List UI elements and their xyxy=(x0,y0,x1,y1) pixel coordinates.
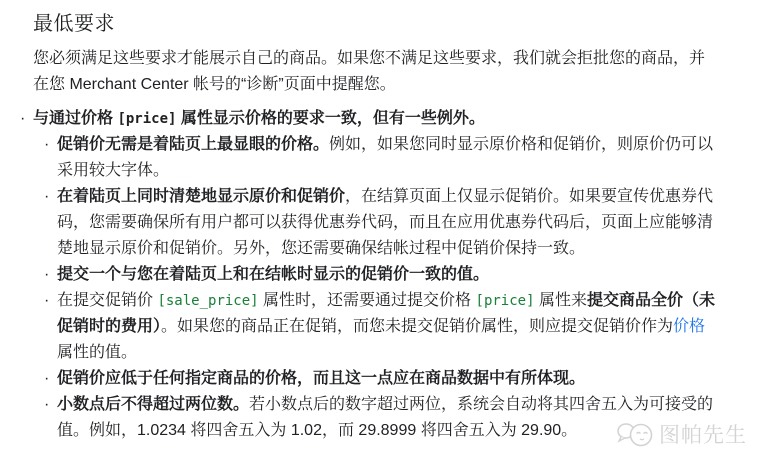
sub-requirements-list: · 促销价无需是着陆页上最显眼的价格。例如，如果您同时显示原价格和促销价，则原价… xyxy=(33,132,718,444)
sub-requirement-text: 在着陆页上同时清楚地显示原价和促销价，在结算页面上仅显示促销价。如果要宣传优惠券… xyxy=(57,188,713,257)
watermark: 图帕先生 xyxy=(616,419,747,449)
requirement-text: 与通过价格 [price] 属性显示价格的要求一致，但有一些例外。 xyxy=(33,110,485,127)
watermark-text: 图帕先生 xyxy=(659,419,747,449)
text-run-bold: 与通过价格 xyxy=(33,110,117,127)
sub-requirement-item: · 在提交促销价 [sale_price] 属性时，还需要通过提交价格 [pri… xyxy=(57,288,718,366)
sub-requirement-text: 提交一个与您在着陆页上和在结帐时显示的促销价一致的值。 xyxy=(57,266,489,283)
bullet-icon: · xyxy=(44,262,54,288)
text-run-normal: 属性时，还需要通过提交价格 xyxy=(259,292,476,309)
page-title: 最低要求 xyxy=(33,10,718,38)
text-run-normal: 属性来 xyxy=(535,292,587,309)
sub-requirement-item: · 促销价应低于任何指定商品的价格，而且这一点应在商品数据中有所体现。 xyxy=(57,366,718,392)
text-run-normal: 属性的值。 xyxy=(57,344,137,361)
sub-requirement-item: · 提交一个与您在着陆页上和在结帐时显示的促销价一致的值。 xyxy=(57,262,718,288)
bullet-icon: · xyxy=(44,392,54,418)
bullet-icon: · xyxy=(44,288,54,314)
text-run-normal: 在提交促销价 xyxy=(57,292,157,309)
text-run-bold: 提交一个与您在着陆页上和在结帐时显示的促销价一致的值。 xyxy=(57,266,489,283)
text-run-code: [sale_price] xyxy=(157,293,258,309)
text-run-codebold: [price] xyxy=(117,111,176,127)
bullet-icon: · xyxy=(44,184,54,210)
intro-paragraph: 您必须满足这些要求才能展示自己的商品。如果您不满足这些要求，我们就会拒批您的商品… xyxy=(33,46,718,98)
text-run-normal: 。如果您的商品正在促销，而您未提交促销价属性，则应提交促销价作为 xyxy=(161,318,673,335)
text-run-bold: 小数点后不得超过两位数。 xyxy=(57,396,249,413)
sub-requirement-text: 在提交促销价 [sale_price] 属性时，还需要通过提交价格 [price… xyxy=(57,292,715,361)
sub-requirement-text: 促销价应低于任何指定商品的价格，而且这一点应在商品数据中有所体现。 xyxy=(57,370,585,387)
text-run-bold: 在着陆页上同时清楚地显示原价和促销价 xyxy=(57,188,345,205)
sub-requirement-text: 小数点后不得超过两位数。若小数点后的数字超过两位，系统会自动将其四舍五入为可接受… xyxy=(57,396,713,439)
text-run-bold: 促销价无需是着陆页上最显眼的价格。 xyxy=(57,136,329,153)
bullet-icon: · xyxy=(44,366,54,392)
sub-requirement-item: · 在着陆页上同时清楚地显示原价和促销价，在结算页面上仅显示促销价。如果要宣传优… xyxy=(57,184,718,262)
text-run-code: [price] xyxy=(476,293,535,309)
bullet-icon: · xyxy=(44,132,54,158)
watermark-logo-icon xyxy=(616,420,654,448)
requirement-item-top: · 与通过价格 [price] 属性显示价格的要求一致，但有一些例外。 · 促销… xyxy=(33,106,718,444)
requirements-list: · 与通过价格 [price] 属性显示价格的要求一致，但有一些例外。 · 促销… xyxy=(33,106,718,444)
bullet-icon: · xyxy=(20,106,30,132)
sub-requirement-item: · 促销价无需是着陆页上最显眼的价格。例如，如果您同时显示原价格和促销价，则原价… xyxy=(57,132,718,184)
inline-link[interactable]: 价格 xyxy=(673,318,705,335)
article: 最低要求 您必须满足这些要求才能展示自己的商品。如果您不满足这些要求，我们就会拒… xyxy=(0,0,718,444)
text-run-bold: 属性显示价格的要求一致，但有一些例外。 xyxy=(176,110,484,127)
sub-requirement-text: 促销价无需是着陆页上最显眼的价格。例如，如果您同时显示原价格和促销价，则原价仍可… xyxy=(57,136,713,179)
text-run-bold: 促销价应低于任何指定商品的价格，而且这一点应在商品数据中有所体现。 xyxy=(57,370,585,387)
